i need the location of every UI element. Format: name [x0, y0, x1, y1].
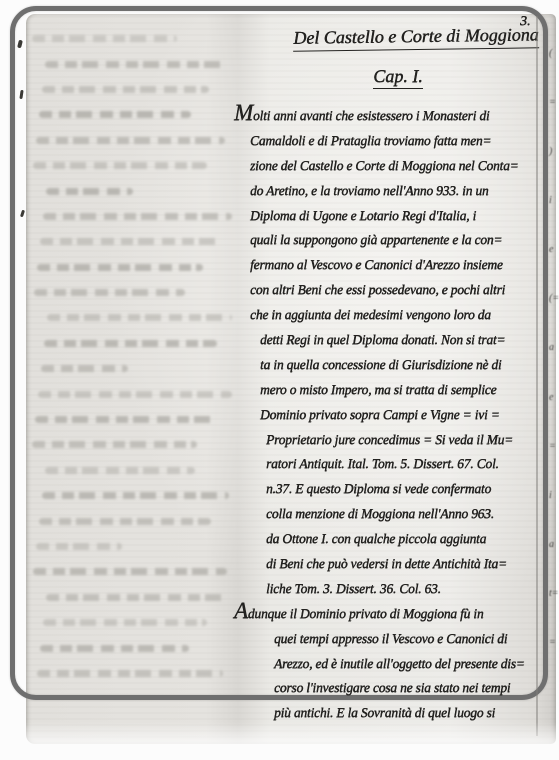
manuscript-line: fermano al Vescovo e Canonici d'Arezzo i… [250, 253, 552, 278]
edge-fragment: ) [549, 146, 559, 157]
manuscript-line: n.37. E questo Diploma si vede confermat… [266, 477, 552, 502]
manuscript-line: detti Regi in quel Diploma donati. Non s… [260, 328, 552, 353]
manuscript-body: Molti anni avanti che esistessero i Mona… [250, 104, 552, 726]
manuscript-line: Arezzo, ed è inutile all'oggetto del pre… [274, 652, 552, 677]
chapter-number-text: Cap. I. [373, 66, 423, 89]
edge-fragment: i [549, 490, 559, 501]
manuscript-line: Molti anni avanti che esistessero i Mona… [234, 104, 552, 129]
edge-fragment: ( [549, 48, 559, 59]
manuscript-line: colla menzione di Moggiona nell'Anno 963… [266, 502, 552, 527]
edge-fragment: a [549, 539, 559, 550]
manuscript-line: con altri Beni che essi possedevano, e p… [250, 278, 552, 303]
manuscript-line: do Aretino, e la troviamo nell'Anno 933.… [250, 179, 552, 204]
manuscript-line: Diploma di Ugone e Lotario Regi d'Italia… [250, 204, 552, 229]
chapter-number: Cap. I. [348, 66, 448, 89]
page-edge-line [536, 16, 538, 736]
manuscript-line: quei tempi appresso il Vescovo e Canonic… [274, 627, 552, 652]
manuscript-line: ta in quella concessione di Giurisdizion… [260, 353, 552, 378]
edge-fragment: = [549, 441, 559, 452]
manuscript-line: Dominio privato sopra Campi e Vigne = iv… [260, 403, 552, 428]
manuscript-line: da Ottone I. con qualche piccola aggiunt… [266, 527, 552, 552]
manuscript-line: corso l'investigare cosa ne sia stato ne… [274, 676, 552, 701]
edge-fragment: a [549, 342, 559, 353]
manuscript-line: Adunque il Dominio privato di Moggiona f… [234, 602, 552, 627]
manuscript-line: Camaldoli e di Prataglia troviamo fatta … [250, 129, 552, 154]
edge-fragment: t= [549, 588, 559, 599]
manuscript-line: zione del Castello e Corte di Moggiona n… [250, 154, 552, 179]
edge-fragment: i [549, 195, 559, 206]
manuscript-line: quali la suppongono già appartenente e l… [250, 228, 552, 253]
edge-fragment: = [549, 637, 559, 648]
chapter-title: Del Castello e Corte di Moggiona [284, 24, 548, 52]
manuscript-line: mero o misto Impero, ma si tratta di sem… [260, 378, 552, 403]
edge-fragment: e [549, 392, 559, 403]
chapter-title-text: Del Castello e Corte di Moggiona [293, 24, 539, 51]
scan-bottom-fade [0, 722, 559, 760]
edge-fragment: = [549, 97, 559, 108]
manuscript-line: che in aggiunta dei medesimi vengono lor… [250, 303, 552, 328]
manuscript-line: di Beni che può vedersi in dette Antichi… [266, 552, 552, 577]
edge-fragment: e [549, 244, 559, 255]
manuscript-line: Proprietario jure concedimus = Si veda i… [266, 428, 552, 453]
page-edge-fragments: ( = ) i e (= a e = i a t= = [549, 48, 559, 648]
edge-fragment: (= [549, 293, 559, 304]
manuscript-line: ratori Antiquit. Ital. Tom. 5. Dissert. … [266, 452, 552, 477]
manuscript-line: liche Tom. 3. Dissert. 36. Col. 63. [266, 577, 552, 602]
